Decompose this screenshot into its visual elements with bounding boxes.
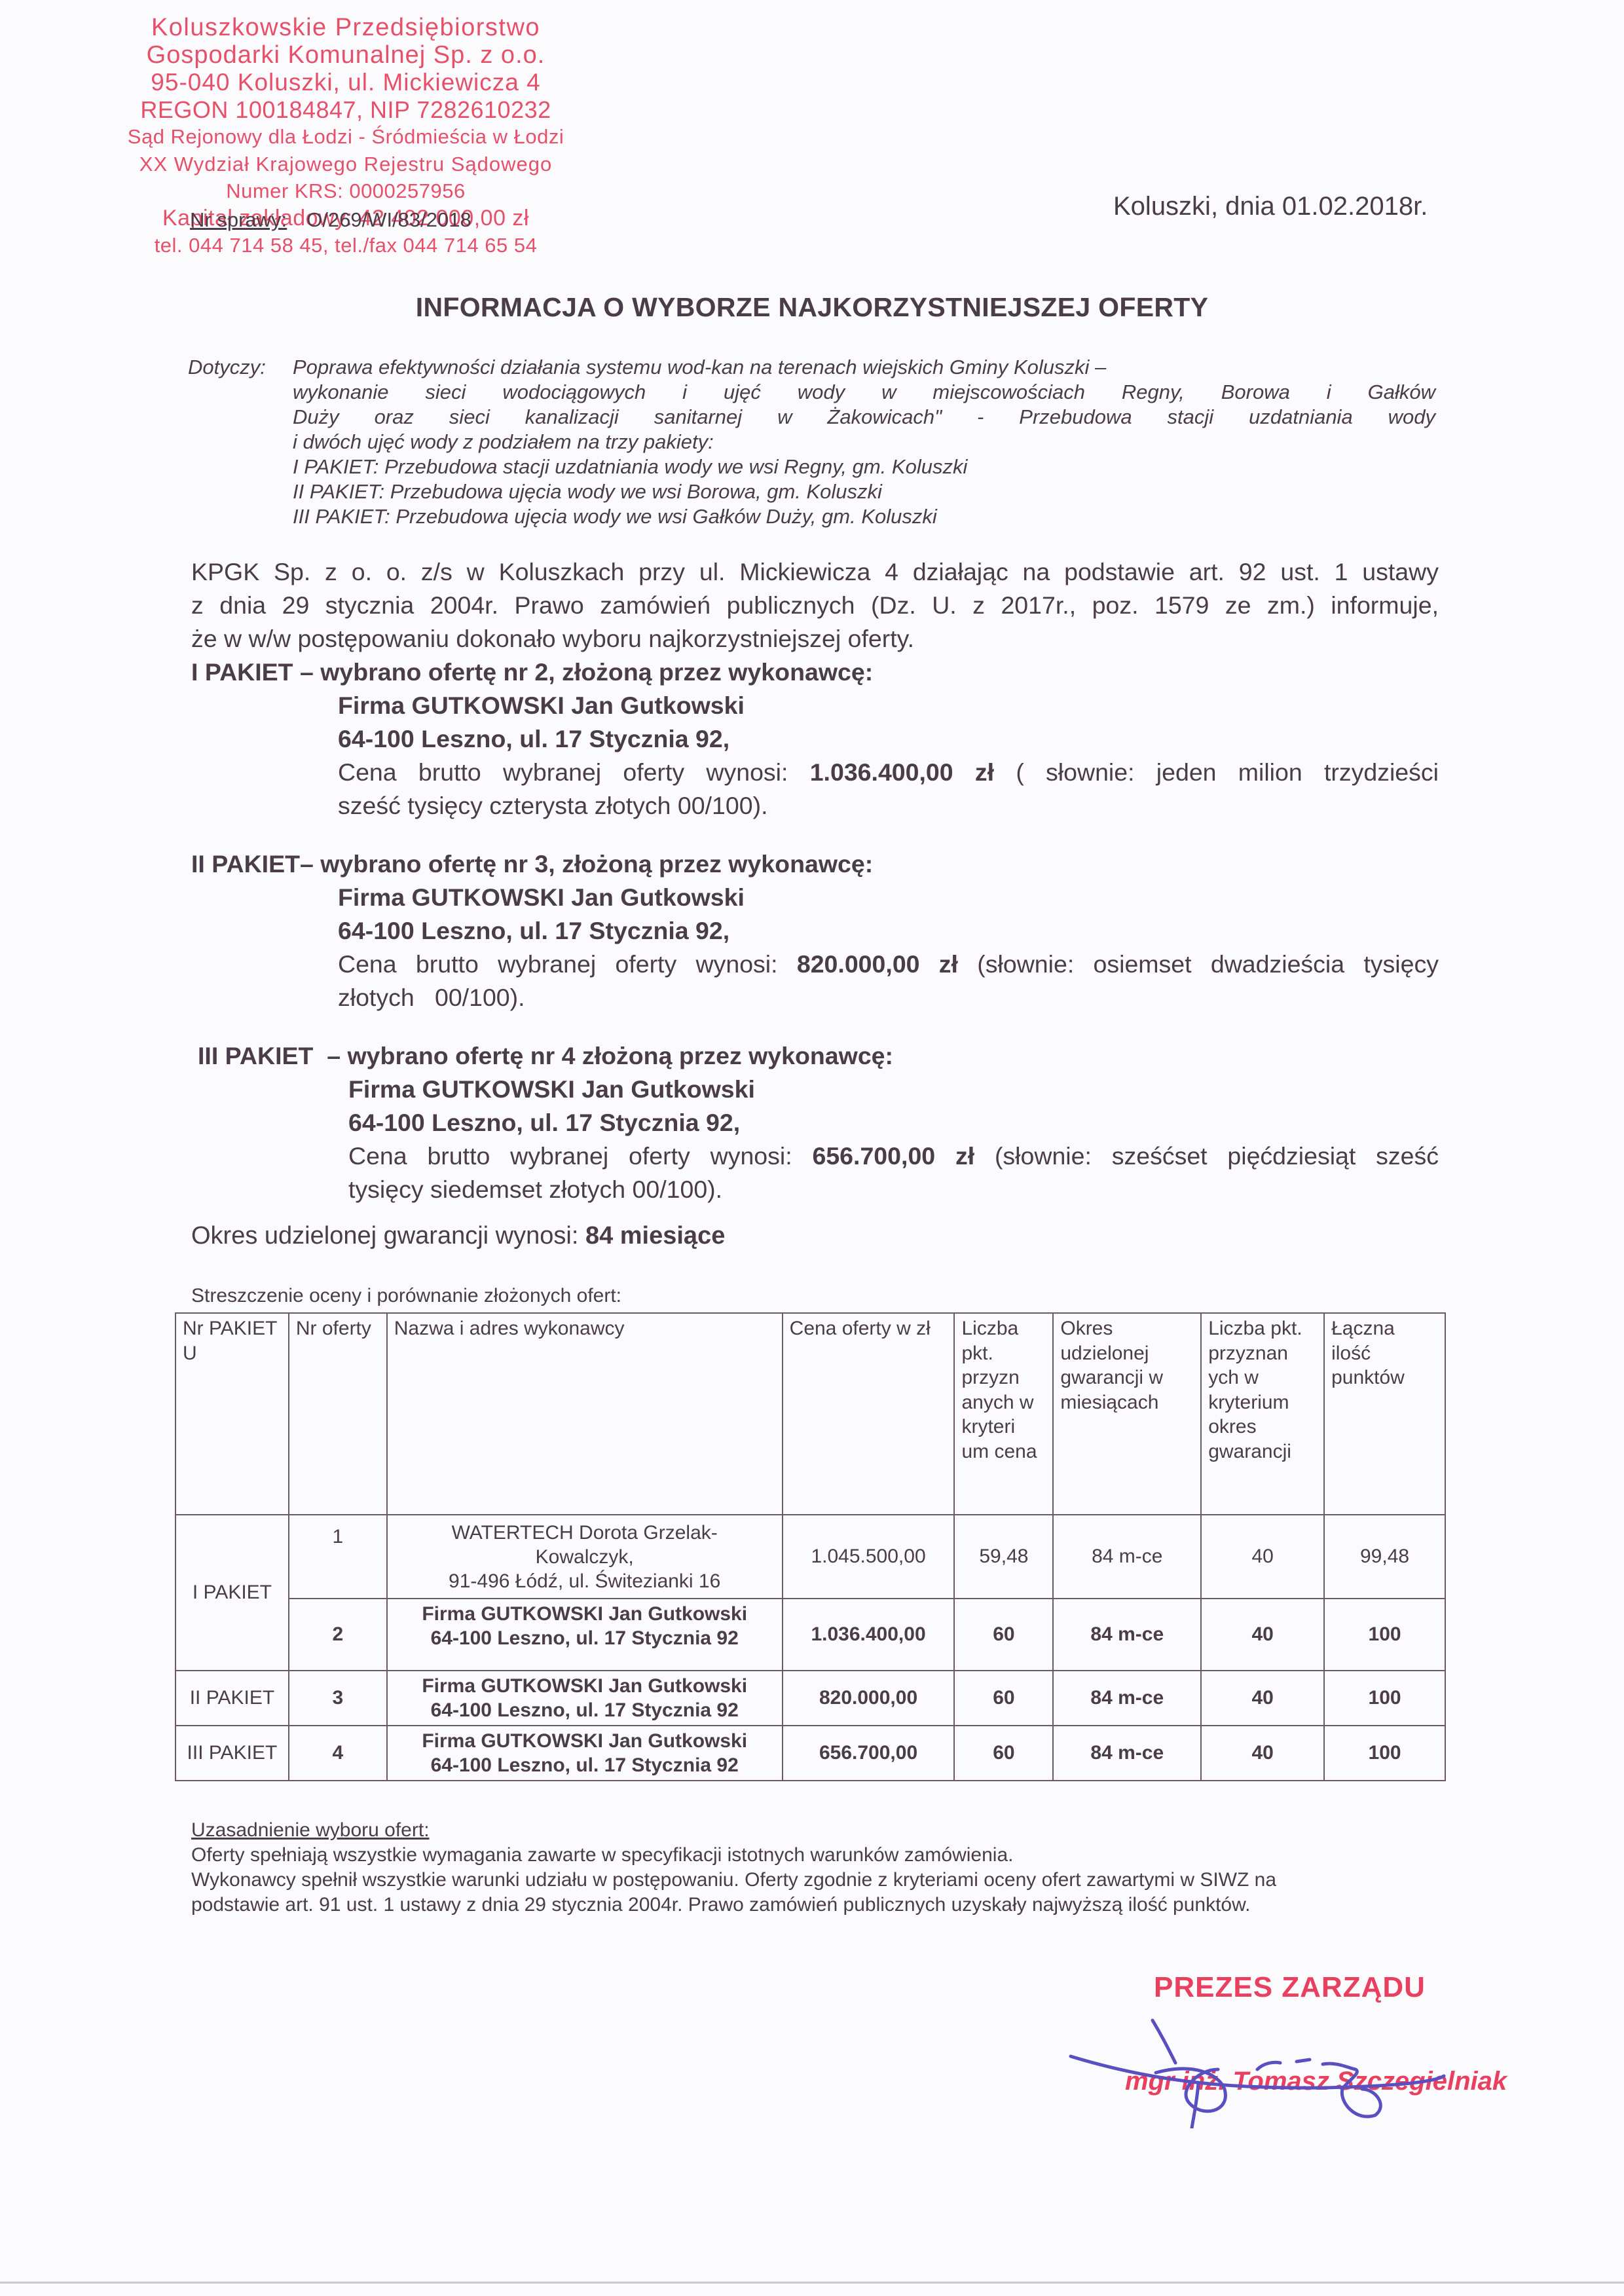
header-contractor: Nazwa i adres wykonawcy [387, 1313, 783, 1515]
subject-line: II PAKIET: Przebudowa ujęcia wody we wsi… [293, 479, 1435, 504]
cell-total: 100 [1324, 1726, 1445, 1781]
package-1: I PAKIET – wybrano ofertę nr 2, złożoną … [191, 656, 1439, 823]
stamp-line: 95-040 Koluszki, ul. Mickiewicza 4 [117, 69, 575, 96]
stamp-line: Koluszkowskie Przedsiębiorstwo [117, 14, 575, 42]
body-text: KPGK Sp. z o. o. z/s w Koluszkach przy u… [191, 555, 1439, 1206]
cell-price: 1.036.400,00 [783, 1599, 955, 1671]
cell-package: I PAKIET [175, 1515, 289, 1671]
contractor-line: 64-100 Leszno, ul. 17 Stycznia 92 [394, 1753, 775, 1777]
table-row: III PAKIET 4 Firma GUTKOWSKI Jan Gutkows… [175, 1726, 1445, 1781]
subject-line: I PAKIET: Przebudowa stacji uzdatniania … [293, 454, 1435, 479]
price-prefix: Cena brutto wybranej oferty wynosi: [338, 758, 788, 786]
price-words: ( słownie: jeden milion trzydzieści [1016, 758, 1439, 786]
subject-line: wykonanie sieci wodociągowych i ujęć wod… [293, 380, 1435, 405]
package-price-line: Cena brutto wybranej oferty wynosi: 820.… [338, 948, 1439, 981]
contractor-line: Firma GUTKOWSKI Jan Gutkowski [394, 1729, 775, 1753]
header-offer-no: Nr oferty [289, 1313, 387, 1515]
cell-warranty: 84 m-ce [1053, 1671, 1201, 1726]
stamp-line: Numer KRS: 0000257956 [117, 177, 575, 205]
cell-price-points: 60 [954, 1671, 1053, 1726]
package-address: 64-100 Leszno, ul. 17 Stycznia 92, [348, 1106, 1439, 1139]
summary-label: Streszczenie oceny i porównanie złożonyc… [191, 1285, 621, 1307]
stamp-line: Gospodarki Komunalnej Sp. z o.o. [117, 42, 575, 69]
cell-price-points: 59,48 [954, 1515, 1053, 1599]
package-firm: Firma GUTKOWSKI Jan Gutkowski [338, 689, 1439, 722]
document-date: Koluszki, dnia 01.02.2018r. [1113, 192, 1428, 221]
price-prefix: Cena brutto wybranej oferty wynosi: [338, 950, 778, 978]
cell-contractor: Firma GUTKOWSKI Jan Gutkowski 64-100 Les… [387, 1726, 783, 1781]
contractor-line: 64-100 Leszno, ul. 17 Stycznia 92 [394, 1626, 775, 1650]
handwritten-signature-icon [1048, 1984, 1506, 2128]
intro-line: z dnia 29 stycznia 2004r. Prawo zamówień… [191, 589, 1439, 622]
document-title: INFORMACJA O WYBORZE NAJKORZYSTNIEJSZEJ … [0, 292, 1624, 323]
table-row: I PAKIET 1 WATERTECH Dorota Grzelak- Kow… [175, 1515, 1445, 1599]
subject-label: Dotyczy: [188, 355, 266, 380]
cell-total: 100 [1324, 1671, 1445, 1726]
header-total: Łączna ilość punktów [1324, 1313, 1445, 1515]
cell-total: 100 [1324, 1599, 1445, 1671]
cell-warranty-points: 40 [1201, 1726, 1324, 1781]
package-price-line: Cena brutto wybranej oferty wynosi: 1.03… [338, 756, 1439, 789]
price-prefix: Cena brutto wybranej oferty wynosi: [348, 1142, 792, 1170]
cell-warranty: 84 m-ce [1053, 1726, 1201, 1781]
price-words: (słownie: osiemset dwadzieścia tysięcy [977, 950, 1439, 978]
scan-edge-line [0, 2282, 1624, 2284]
cell-package: III PAKIET [175, 1726, 289, 1781]
warranty-line: Okres udzielonej gwarancji wynosi: 84 mi… [191, 1222, 725, 1250]
contractor-line: WATERTECH Dorota Grzelak- [394, 1521, 775, 1545]
cell-price: 820.000,00 [783, 1671, 955, 1726]
header-warranty: Okres udzielonej gwarancji w miesiącach [1053, 1313, 1201, 1515]
cell-price-points: 60 [954, 1599, 1053, 1671]
cell-price: 656.700,00 [783, 1726, 955, 1781]
stamp-line: XX Wydział Krajowego Rejestru Sądowego [117, 151, 575, 178]
justification-heading: Uzasadnienie wyboru ofert: [191, 1819, 430, 1842]
subject-line: III PAKIET: Przebudowa ujęcia wody we ws… [293, 504, 1435, 529]
intro-line: KPGK Sp. z o. o. z/s w Koluszkach przy u… [191, 555, 1439, 589]
package-3: III PAKIET – wybrano ofertę nr 4 złożoną… [198, 1039, 1439, 1206]
contractor-line: Firma GUTKOWSKI Jan Gutkowski [394, 1674, 775, 1698]
offers-table: Nr PAKIET U Nr oferty Nazwa i adres wyko… [175, 1312, 1446, 1781]
cell-package: II PAKIET [175, 1671, 289, 1726]
cell-price-points: 60 [954, 1726, 1053, 1781]
table-row: 2 Firma GUTKOWSKI Jan Gutkowski 64-100 L… [175, 1599, 1445, 1671]
package-firm: Firma GUTKOWSKI Jan Gutkowski [338, 881, 1439, 914]
contractor-line: Kowalczyk, [394, 1545, 775, 1569]
package-heading: III PAKIET – wybrano ofertę nr 4 złożoną… [198, 1039, 1439, 1073]
subject-line: Poprawa efektywności działania systemu w… [293, 355, 1435, 380]
cell-total: 99,48 [1324, 1515, 1445, 1599]
price-words-cont: tysięcy siedemset złotych 00/100). [348, 1173, 1439, 1206]
package-address: 64-100 Leszno, ul. 17 Stycznia 92, [338, 722, 1439, 756]
package-address: 64-100 Leszno, ul. 17 Stycznia 92, [338, 914, 1439, 948]
price-words-cont: złotych 00/100). [338, 981, 1439, 1014]
table-row: II PAKIET 3 Firma GUTKOWSKI Jan Gutkowsk… [175, 1671, 1445, 1726]
contractor-line: 64-100 Leszno, ul. 17 Stycznia 92 [394, 1698, 775, 1722]
cell-offer-no: 1 [289, 1515, 387, 1599]
stamp-line: Sąd Rejonowy dla Łodzi - Śródmieścia w Ł… [117, 123, 575, 151]
subject-block: Dotyczy: Poprawa efektywności działania … [188, 355, 1435, 529]
package-price-line: Cena brutto wybranej oferty wynosi: 656.… [348, 1139, 1439, 1173]
cell-warranty-points: 40 [1201, 1599, 1324, 1671]
justification-line: podstawie art. 91 ust. 1 ustawy z dnia 2… [191, 1893, 1442, 1917]
warranty-value: 84 miesiące [585, 1222, 725, 1250]
cell-contractor: WATERTECH Dorota Grzelak- Kowalczyk, 91-… [387, 1515, 783, 1599]
package-heading: I PAKIET – wybrano ofertę nr 2, złożoną … [191, 656, 1439, 689]
header-warranty-points: Liczba pkt. przyznan ych w kryterium okr… [1201, 1313, 1324, 1515]
intro-line: że w w/w postępowaniu dokonało wyboru na… [191, 622, 1439, 656]
header-package: Nr PAKIET U [175, 1313, 289, 1515]
case-number: Nr sprawy:O/269/WI/83/2018 [190, 208, 471, 232]
stamp-line: REGON 100184847, NIP 7282610232 [117, 96, 575, 124]
package-2: II PAKIET– wybrano ofertę nr 3, złożoną … [191, 847, 1439, 1014]
package-price: 820.000,00 zł [797, 950, 958, 978]
price-words-cont: sześć tysięcy czterysta złotych 00/100). [338, 789, 1439, 823]
warranty-prefix: Okres udzielonej gwarancji wynosi: [191, 1222, 578, 1250]
cell-offer-no: 2 [289, 1599, 387, 1671]
package-firm: Firma GUTKOWSKI Jan Gutkowski [348, 1073, 1439, 1106]
cell-offer-no: 3 [289, 1671, 387, 1726]
subject-line: Duży oraz sieci kanalizacji sanitarnej w… [293, 405, 1435, 430]
table-header-row: Nr PAKIET U Nr oferty Nazwa i adres wyko… [175, 1313, 1445, 1515]
cell-warranty: 84 m-ce [1053, 1515, 1201, 1599]
cell-offer-no: 4 [289, 1726, 387, 1781]
package-price: 1.036.400,00 zł [810, 758, 994, 786]
cell-price: 1.045.500,00 [783, 1515, 955, 1599]
header-price-points: Liczba pkt. przyzn anych w kryteri um ce… [954, 1313, 1053, 1515]
cell-warranty-points: 40 [1201, 1515, 1324, 1599]
cell-contractor: Firma GUTKOWSKI Jan Gutkowski 64-100 Les… [387, 1599, 783, 1671]
stamp-line: tel. 044 714 58 45, tel./fax 044 714 65 … [117, 232, 575, 259]
package-heading: II PAKIET– wybrano ofertę nr 3, złożoną … [191, 847, 1439, 881]
subject-line: i dwóch ujęć wody z podziałem na trzy pa… [293, 430, 1435, 454]
price-words: (słownie: sześćset pięćdziesiąt sześć [995, 1142, 1439, 1170]
contractor-line: 91-496 Łódź, ul. Świtezianki 16 [394, 1569, 775, 1593]
header-price: Cena oferty w zł [783, 1313, 955, 1515]
package-price: 656.700,00 zł [812, 1142, 974, 1170]
cell-warranty-points: 40 [1201, 1671, 1324, 1726]
cell-contractor: Firma GUTKOWSKI Jan Gutkowski 64-100 Les… [387, 1671, 783, 1726]
contractor-line: Firma GUTKOWSKI Jan Gutkowski [394, 1602, 775, 1626]
justification-line: Oferty spełniają wszystkie wymagania zaw… [191, 1843, 1442, 1868]
case-number-label: Nr sprawy: [190, 208, 287, 231]
cell-warranty: 84 m-ce [1053, 1599, 1201, 1671]
case-number-value: O/269/WI/83/2018 [306, 208, 471, 231]
justification-line: Wykonawcy spełnił wszystkie warunki udzi… [191, 1868, 1442, 1893]
justification-text: Oferty spełniają wszystkie wymagania zaw… [191, 1843, 1442, 1917]
